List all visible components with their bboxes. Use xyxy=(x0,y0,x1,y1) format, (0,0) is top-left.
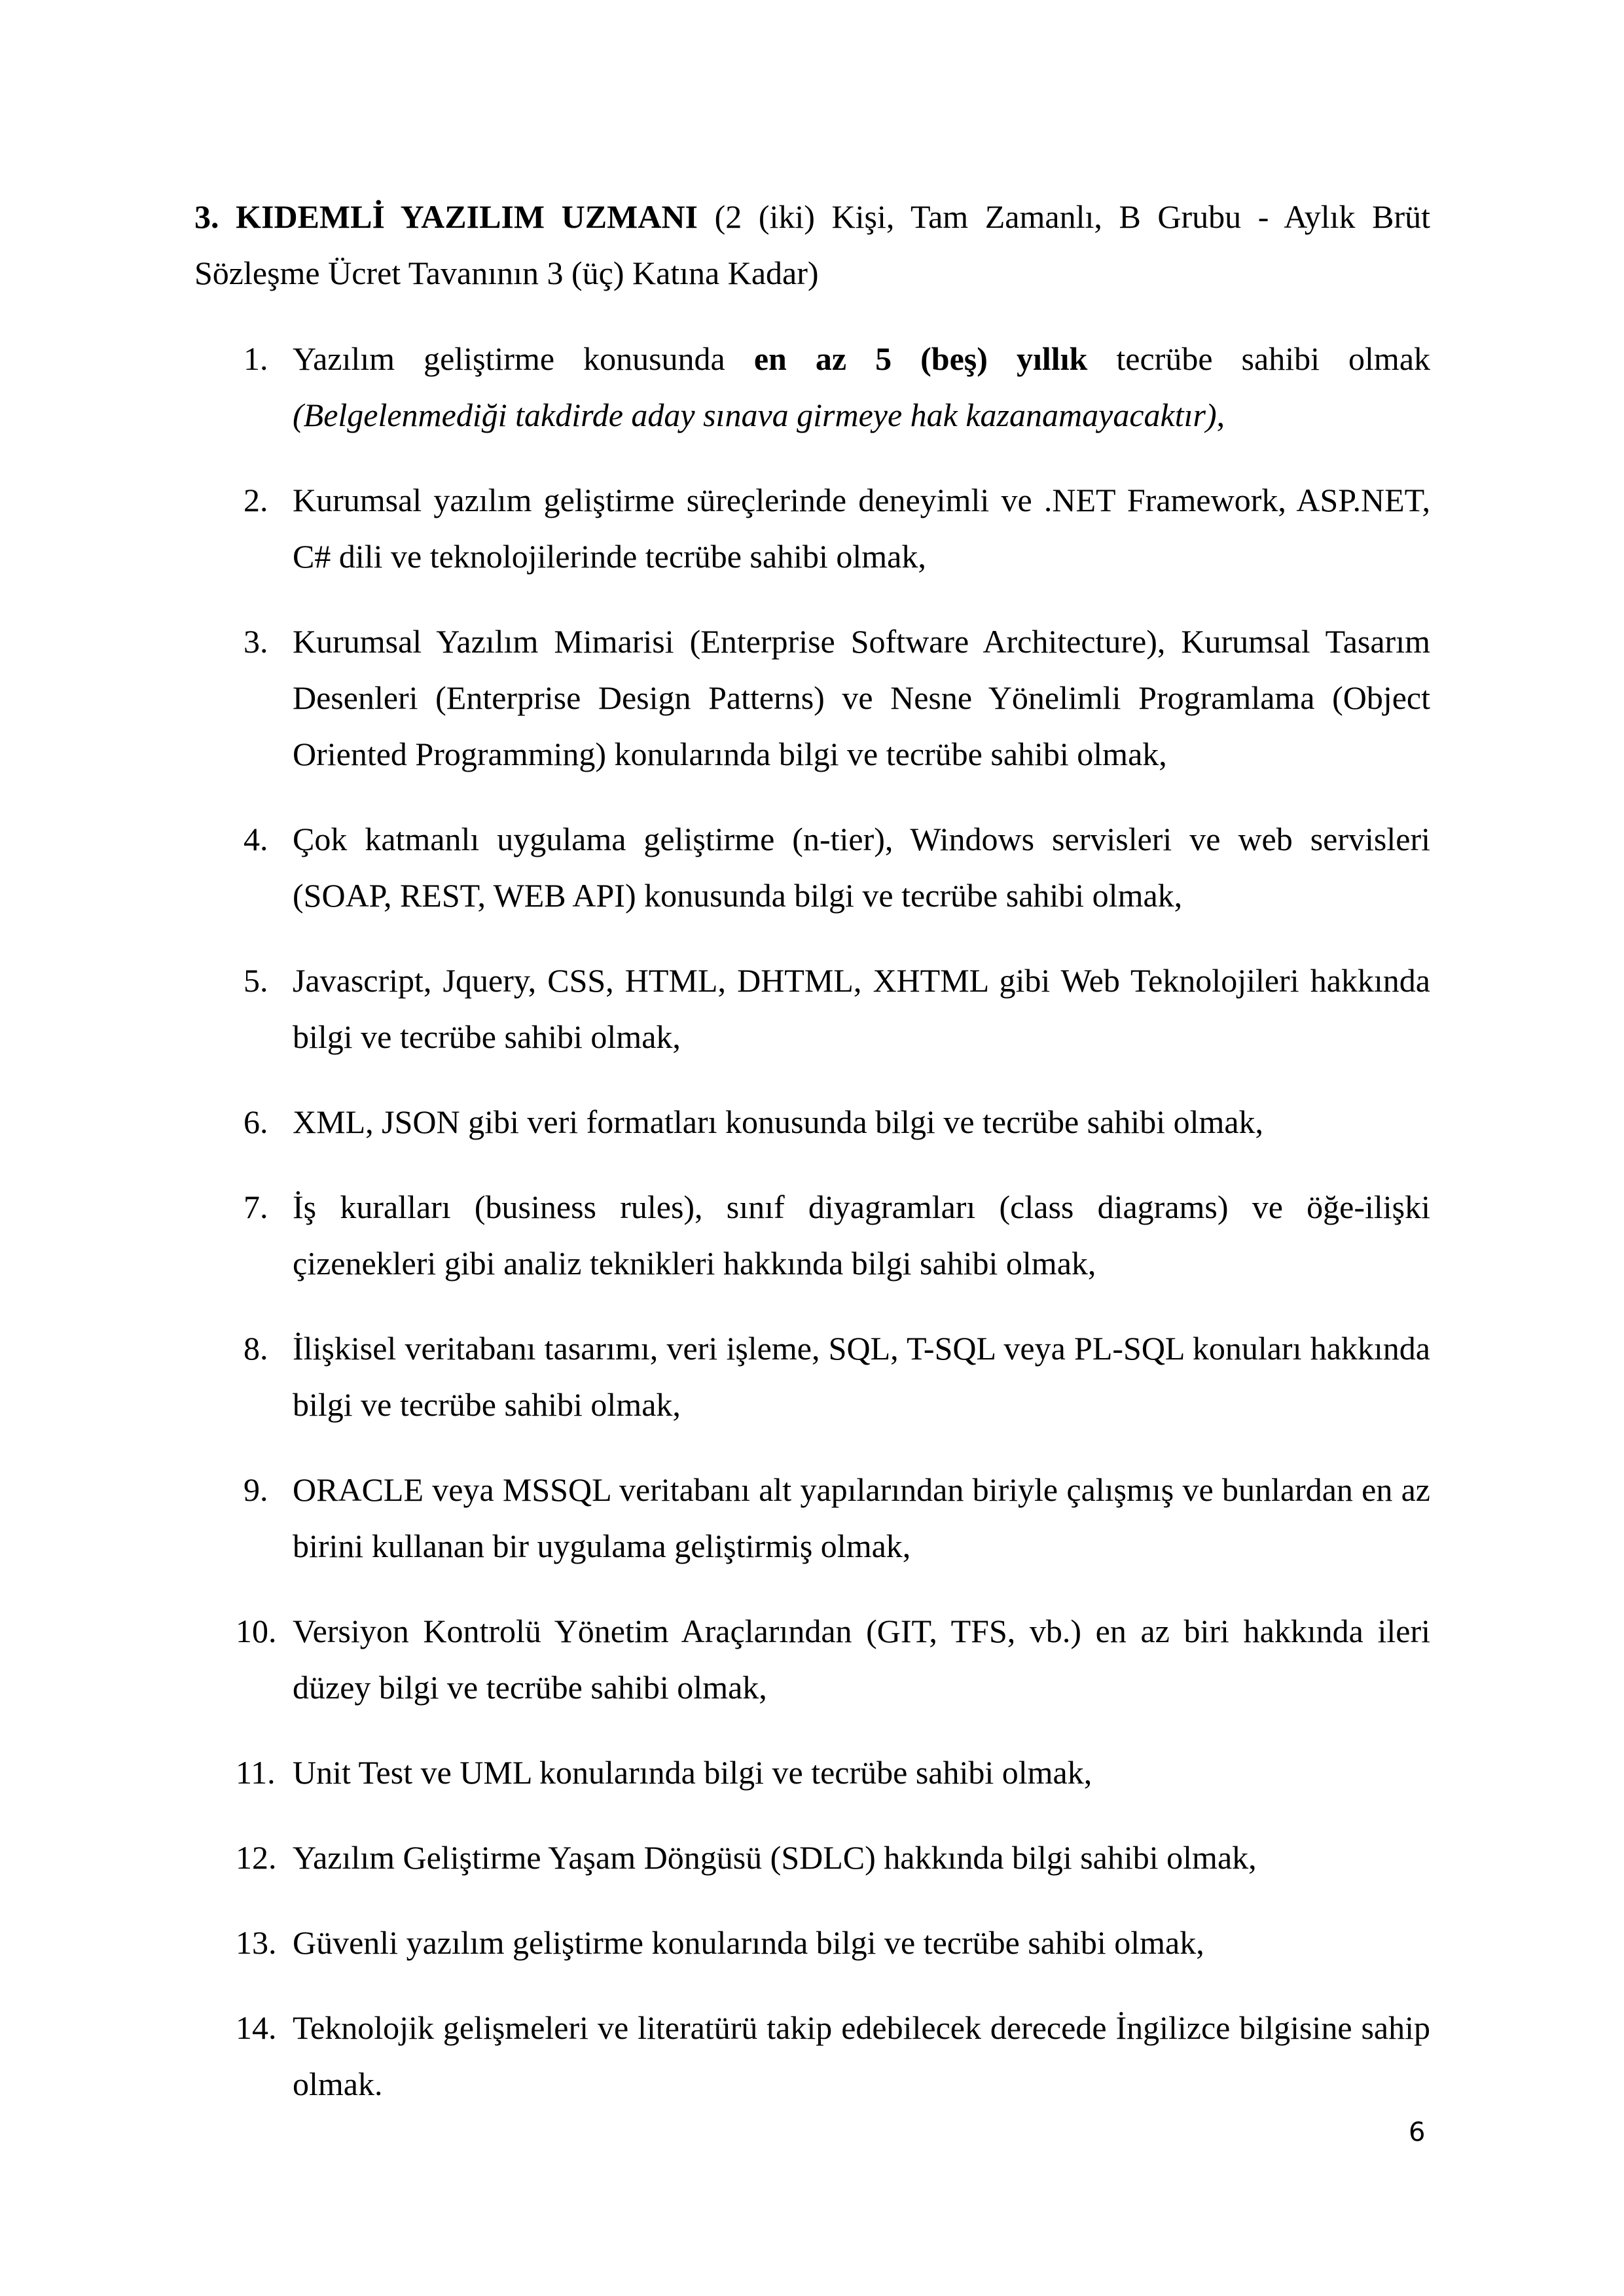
item-number: 7. xyxy=(244,1179,268,1235)
item-text: Çok katmanlı uygulama geliştirme (n-tier… xyxy=(293,821,1430,914)
list-item: 6. XML, JSON gibi veri formatları konusu… xyxy=(194,1094,1430,1150)
list-item: 1. Yazılım geliştirme konusunda en az 5 … xyxy=(194,331,1430,443)
section-heading: 3. KIDEMLİ YAZILIM UZMANI (2 (iki) Kişi,… xyxy=(194,188,1430,301)
item-number: 9. xyxy=(244,1462,268,1518)
item-text: ORACLE veya MSSQL veritabanı alt yapılar… xyxy=(293,1471,1430,1564)
list-item: 14. Teknolojik gelişmeleri ve literatürü… xyxy=(194,2000,1430,2112)
item-text-bold: en az 5 (beş) yıllık xyxy=(754,340,1088,377)
item-text: Yazılım Geliştirme Yaşam Döngüsü (SDLC) … xyxy=(293,1839,1257,1876)
item-number: 1. xyxy=(244,331,268,387)
item-text: Teknolojik gelişmeleri ve literatürü tak… xyxy=(293,2009,1430,2102)
list-item: 3. Kurumsal Yazılım Mimarisi (Enterprise… xyxy=(194,613,1430,782)
list-item: 13. Güvenli yazılım geliştirme konuların… xyxy=(194,1914,1430,1971)
item-text: Versiyon Kontrolü Yönetim Araçlarından (… xyxy=(293,1613,1430,1706)
item-text: Kurumsal Yazılım Mimarisi (Enterprise So… xyxy=(293,623,1430,772)
list-item: 8. İlişkisel veritabanı tasarımı, veri i… xyxy=(194,1320,1430,1433)
item-number: 11. xyxy=(236,1744,276,1801)
item-text: tecrübe sahibi olmak xyxy=(1087,340,1430,377)
item-number: 4. xyxy=(244,811,268,867)
item-number: 14. xyxy=(236,2000,277,2056)
list-item: 2. Kurumsal yazılım geliştirme süreçleri… xyxy=(194,472,1430,584)
item-number: 2. xyxy=(244,472,268,528)
list-item: 11. Unit Test ve UML konularında bilgi v… xyxy=(194,1744,1430,1801)
heading-line-2: Sözleşme Ücret Tavanının 3 (üç) Katına K… xyxy=(194,245,1430,301)
item-text: İlişkisel veritabanı tasarımı, veri işle… xyxy=(293,1330,1430,1423)
item-text: Unit Test ve UML konularında bilgi ve te… xyxy=(293,1754,1092,1791)
heading-number: 3. xyxy=(194,198,219,235)
page-number: 6 xyxy=(1409,2117,1425,2147)
item-text: Javascript, Jquery, CSS, HTML, DHTML, XH… xyxy=(293,962,1430,1055)
item-number: 3. xyxy=(244,613,268,670)
list-item: 5. Javascript, Jquery, CSS, HTML, DHTML,… xyxy=(194,952,1430,1065)
item-text-italic: (Belgelenmediği takdirde aday sınava gir… xyxy=(293,397,1217,433)
item-text: Yazılım geliştirme konusunda xyxy=(293,340,754,377)
heading-line-1: 3. KIDEMLİ YAZILIM UZMANI (2 (iki) Kişi,… xyxy=(194,188,1430,245)
document-page: 3. KIDEMLİ YAZILIM UZMANI (2 (iki) Kişi,… xyxy=(0,0,1624,2296)
item-number: 6. xyxy=(244,1094,268,1150)
list-item: 12. Yazılım Geliştirme Yaşam Döngüsü (SD… xyxy=(194,1829,1430,1886)
item-number: 13. xyxy=(236,1914,277,1971)
item-number: 8. xyxy=(244,1320,268,1376)
item-text: İş kuralları (business rules), sınıf diy… xyxy=(293,1189,1430,1282)
item-number: 10. xyxy=(236,1603,277,1659)
requirements-list: 1. Yazılım geliştirme konusunda en az 5 … xyxy=(194,331,1430,2112)
item-text: Kurumsal yazılım geliştirme süreçlerinde… xyxy=(293,482,1430,575)
item-number: 5. xyxy=(244,952,268,1009)
list-item: 4. Çok katmanlı uygulama geliştirme (n-t… xyxy=(194,811,1430,924)
item-number: 12. xyxy=(236,1829,277,1886)
list-item: 9. ORACLE veya MSSQL veritabanı alt yapı… xyxy=(194,1462,1430,1574)
item-text: XML, JSON gibi veri formatları konusunda… xyxy=(293,1103,1263,1140)
heading-title: KIDEMLİ YAZILIM UZMANI xyxy=(236,198,698,235)
heading-details: (2 (iki) Kişi, Tam Zamanlı, B Grubu - Ay… xyxy=(715,198,1430,235)
item-text: Güvenli yazılım geliştirme konularında b… xyxy=(293,1924,1204,1961)
list-item: 10. Versiyon Kontrolü Yönetim Araçlarınd… xyxy=(194,1603,1430,1715)
list-item: 7. İş kuralları (business rules), sınıf … xyxy=(194,1179,1430,1291)
item-text: , xyxy=(1217,397,1225,433)
